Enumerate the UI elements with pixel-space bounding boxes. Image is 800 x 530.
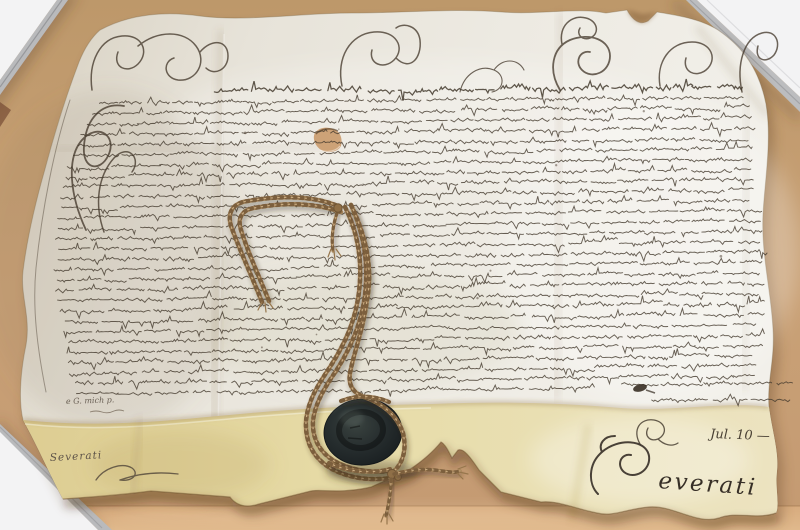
date-annotation: Jul. 10 — [707,427,770,444]
svg-text:e G. mich p.: e G. mich p. [66,395,115,406]
photo-of-parchment-charter: e G. mich p. Severati Jul. 10 — everati [0,0,800,530]
svg-text:Jul. 10 —: Jul. 10 — [707,427,770,444]
